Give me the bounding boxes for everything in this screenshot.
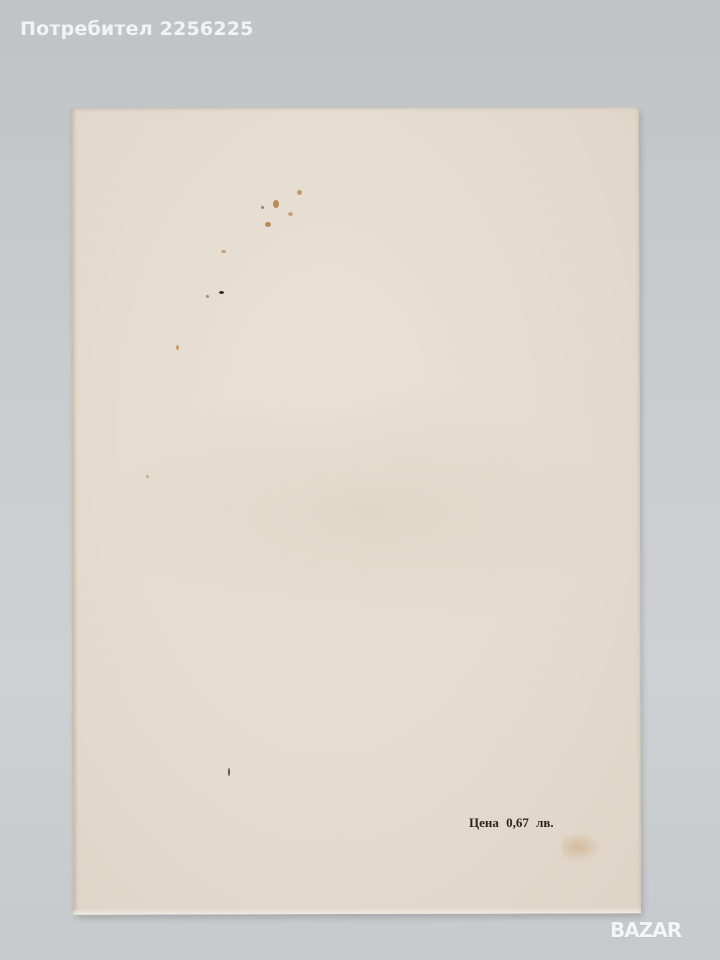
user-watermark: Потребител 2256225 [20,18,254,40]
cover-stain [562,832,602,862]
foxing-spot [228,768,230,776]
bazar-logo: BAZAR [610,918,681,942]
foxing-spot [219,291,224,294]
foxing-spot [297,190,302,195]
foxing-spot [261,206,264,209]
foxing-spot [221,250,226,253]
cover-shading [100,380,620,640]
price-label: Цена 0,67 лв. [469,815,554,831]
foxing-spot [288,212,293,216]
foxing-spot [176,345,179,350]
foxing-spot [206,295,209,298]
foxing-spot [265,222,271,227]
foxing-spot [146,475,149,478]
foxing-spot [273,200,279,208]
